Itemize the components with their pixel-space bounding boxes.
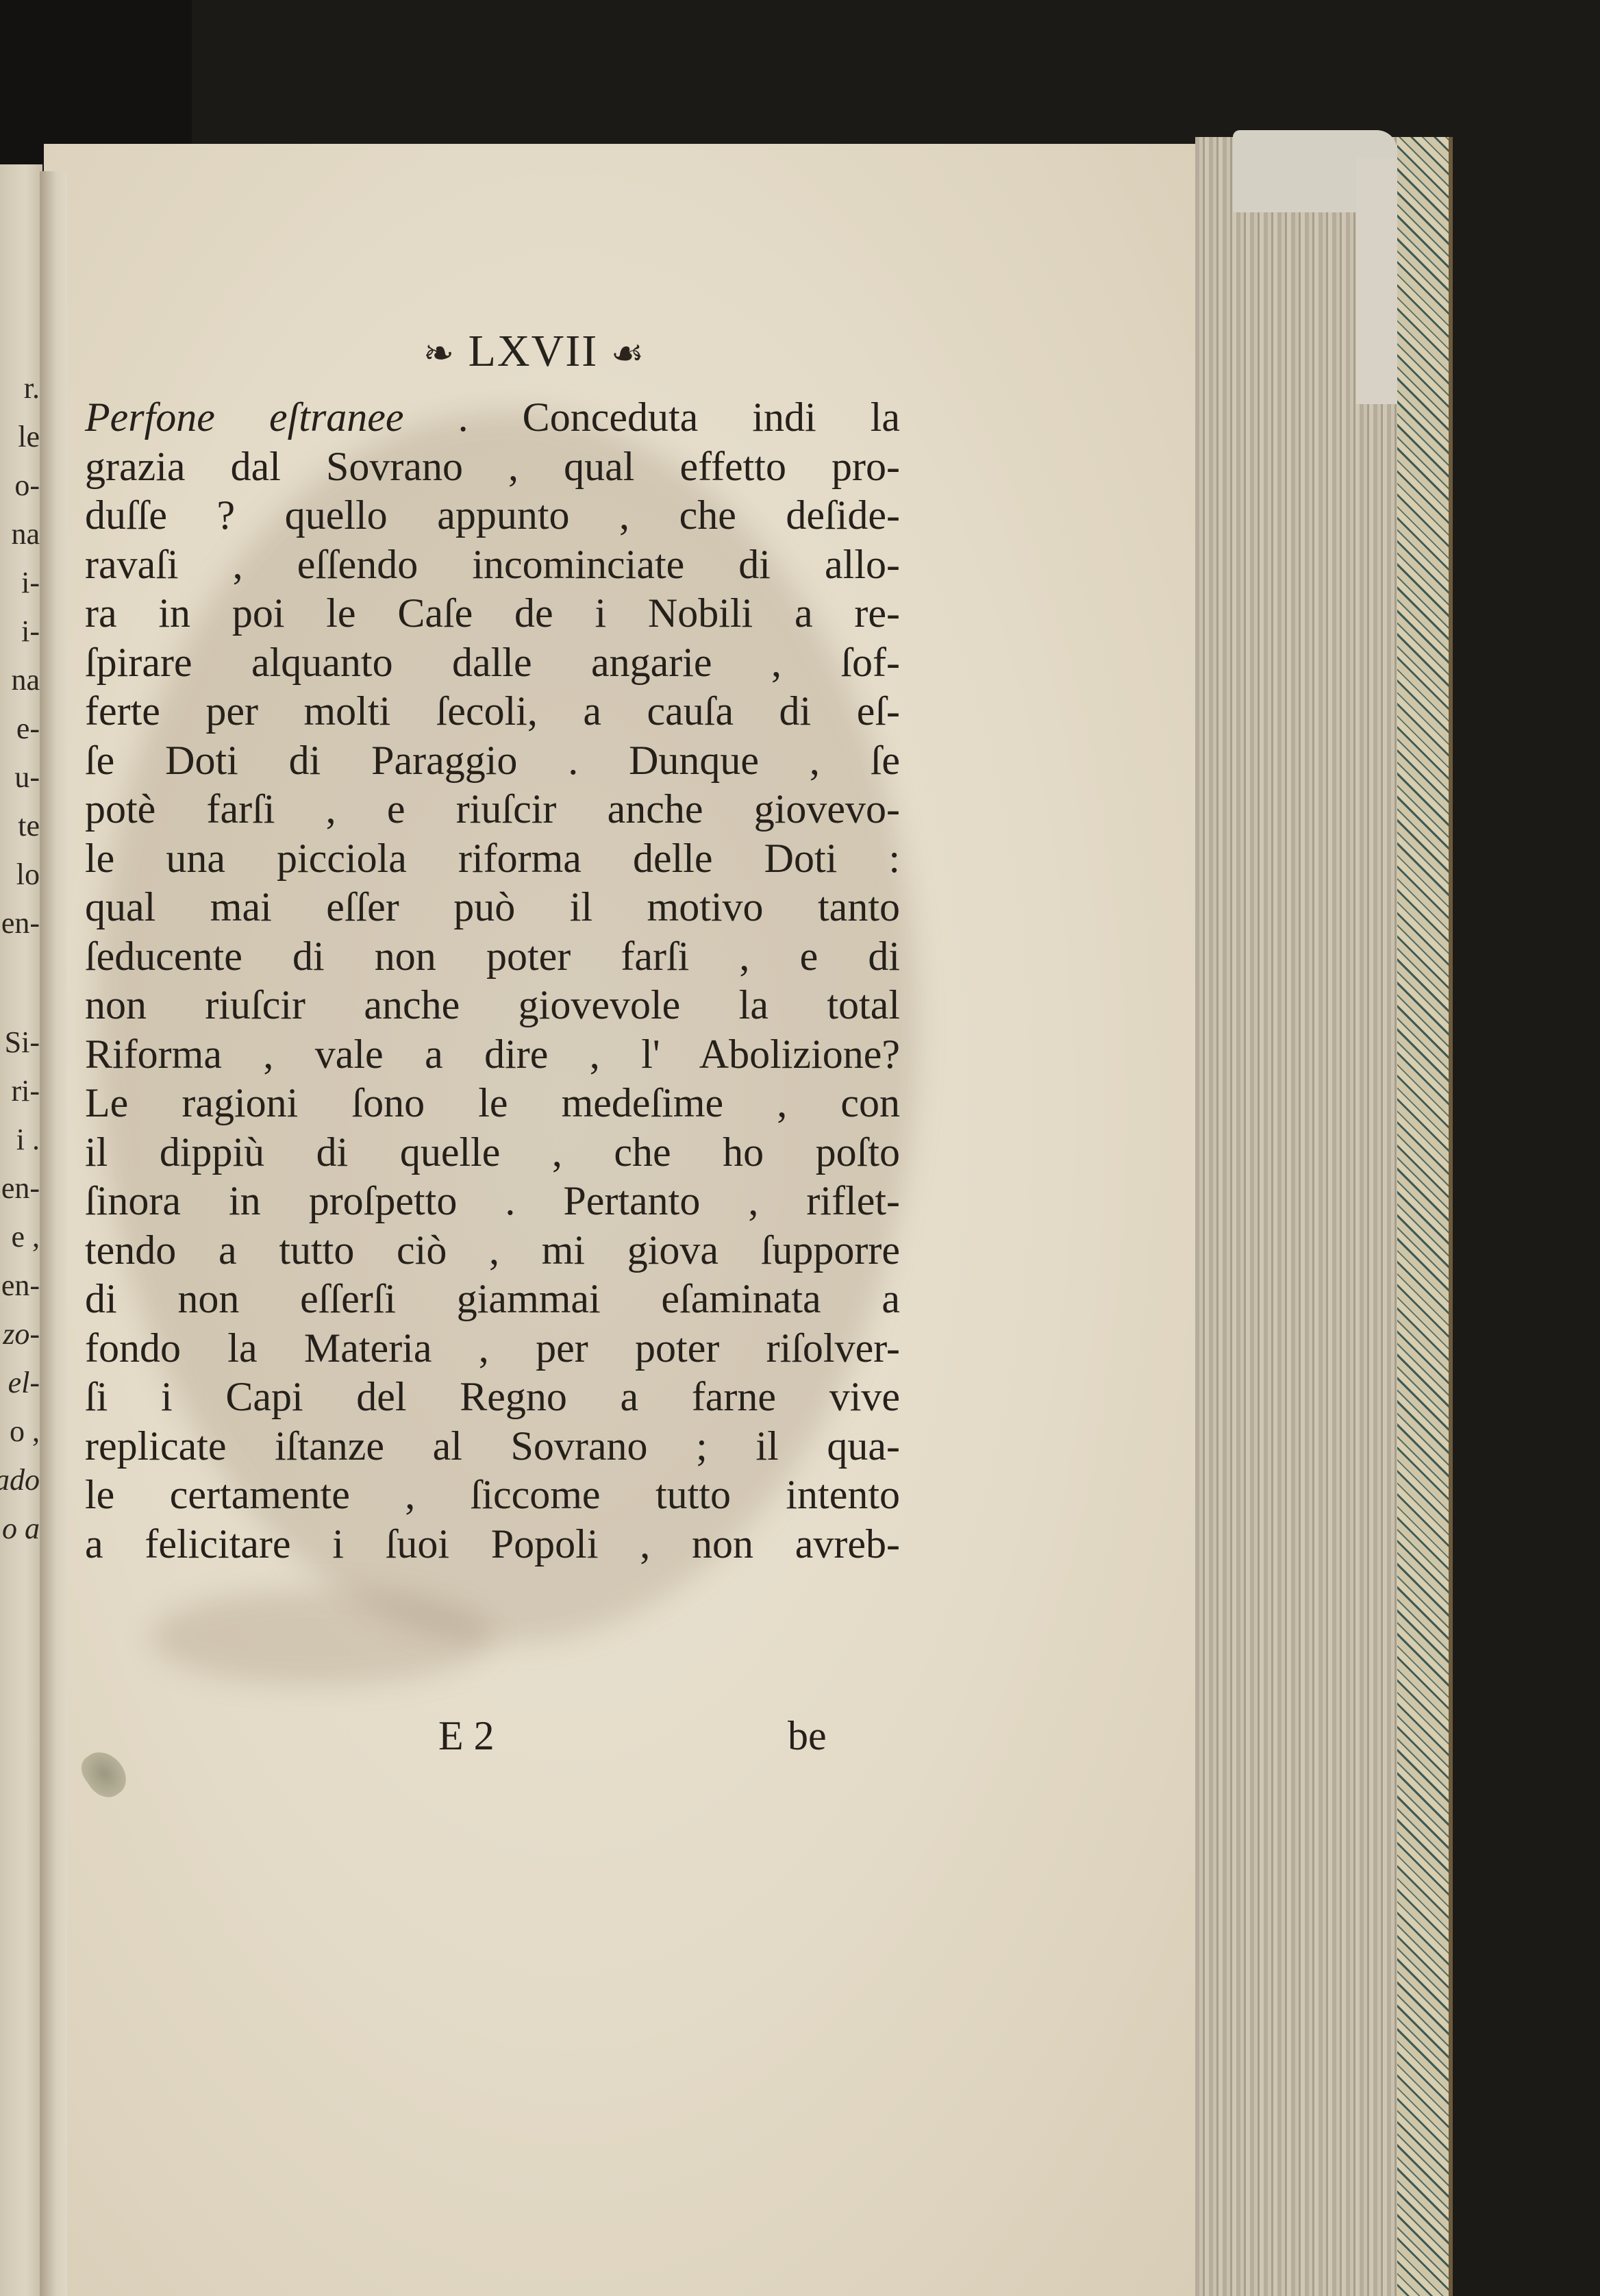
facing-fragment: lo (16, 860, 40, 890)
foxing-stain (151, 1589, 493, 1685)
facing-fragment: te (18, 811, 40, 841)
facing-fragment: en- (1, 908, 40, 938)
page-number-roman: LXVII (468, 326, 599, 376)
text-line: ſeducente di non poter farſi , e di (85, 932, 900, 982)
text-line: ſe Doti di Paraggio . Dunque , ſe (85, 736, 900, 786)
text-line: potè farſi , e riuſcir anche giovevo- (85, 785, 900, 834)
facing-fragment: zo- (3, 1319, 40, 1349)
text-line: di non eſſerſi giammai eſaminata a (85, 1275, 900, 1324)
facing-fragment: ado (0, 1465, 40, 1495)
text-line: a felicitare i ſuoi Popoli , non avreb- (85, 1520, 900, 1569)
running-head: ❧ LXVII ☙ (322, 325, 747, 377)
facing-fragment: le (18, 422, 40, 452)
text-line: il dippiù di quelle , che ho poſto (85, 1128, 900, 1177)
text-line: ſi i Capi del Regno a farne vive (85, 1373, 900, 1422)
text-line: Perfone eſtranee . Conceduta indi la (85, 393, 900, 442)
text-line: ferte per molti ſecoli, a cauſa di eſ- (85, 687, 900, 736)
text-line: le certamente , ſiccome tutto intento (85, 1471, 900, 1520)
italic-phrase: Perfone eſtranee (85, 395, 404, 440)
facing-fragment: i- (21, 616, 40, 647)
facing-fragment: en- (1, 1271, 40, 1301)
text-line: ſinora in proſpetto . Pertanto , riflet- (85, 1177, 900, 1226)
facing-page-edge: r. le o- na i- i- na e- u- te lo en- Si-… (0, 164, 42, 2296)
book-gutter (40, 171, 67, 2296)
text-line: ravaſi , eſſendo incominciate di allo- (85, 540, 900, 590)
text-line: qual mai eſſer può il motivo tanto (85, 883, 900, 932)
decorated-cover-edge (1397, 137, 1453, 2296)
facing-fragment: u- (14, 762, 40, 793)
facing-fragment: Si- (5, 1027, 40, 1058)
ornament-left-icon: ❧ (423, 333, 455, 374)
facing-fragment: e- (16, 714, 40, 744)
ornament-right-icon: ☙ (611, 333, 645, 374)
facing-fragment: en- (1, 1173, 40, 1203)
catchword: be (788, 1712, 827, 1760)
text-line: Riforma , vale a dire , l' Abolizione? (85, 1030, 900, 1080)
facing-fragment: o- (14, 471, 40, 501)
facing-fragment: ri- (11, 1076, 40, 1106)
text-line: ſpirare alquanto dalle angarie , ſof- (85, 638, 900, 688)
facing-fragment: r. (24, 373, 40, 403)
text-line: non riuſcir anche giovevole la total (85, 981, 900, 1030)
text-line: le una picciola riforma delle Doti : (85, 834, 900, 884)
facing-fragment: o a (2, 1514, 40, 1544)
page-block-edges (1195, 137, 1414, 2296)
text-line: ra in poi le Caſe de i Nobili a re- (85, 589, 900, 638)
facing-fragment: o , (10, 1417, 40, 1447)
facing-fragment: i- (21, 568, 40, 598)
body-text: Perfone eſtranee . Conceduta indi la gra… (85, 393, 900, 1569)
facing-fragment: i . (16, 1125, 40, 1155)
text-line: Le ragioni ſono le medeſime , con (85, 1079, 900, 1128)
text-line: duſſe ? quello appunto , che deſide- (85, 491, 900, 540)
facing-fragment: e , (11, 1222, 40, 1252)
facing-fragment: na (11, 519, 40, 549)
text-line: grazia dal Sovrano , qual effetto pro- (85, 442, 900, 492)
text-line: replicate iſtanze al Sovrano ; il qua- (85, 1422, 900, 1471)
text-line: tendo a tutto ciò , mi giova ſupporre (85, 1226, 900, 1275)
text-line: fondo la Materia , per poter riſolver- (85, 1324, 900, 1373)
facing-fragment: el- (8, 1368, 40, 1398)
facing-fragment: na (11, 665, 40, 695)
signature-mark: E 2 (438, 1712, 495, 1760)
